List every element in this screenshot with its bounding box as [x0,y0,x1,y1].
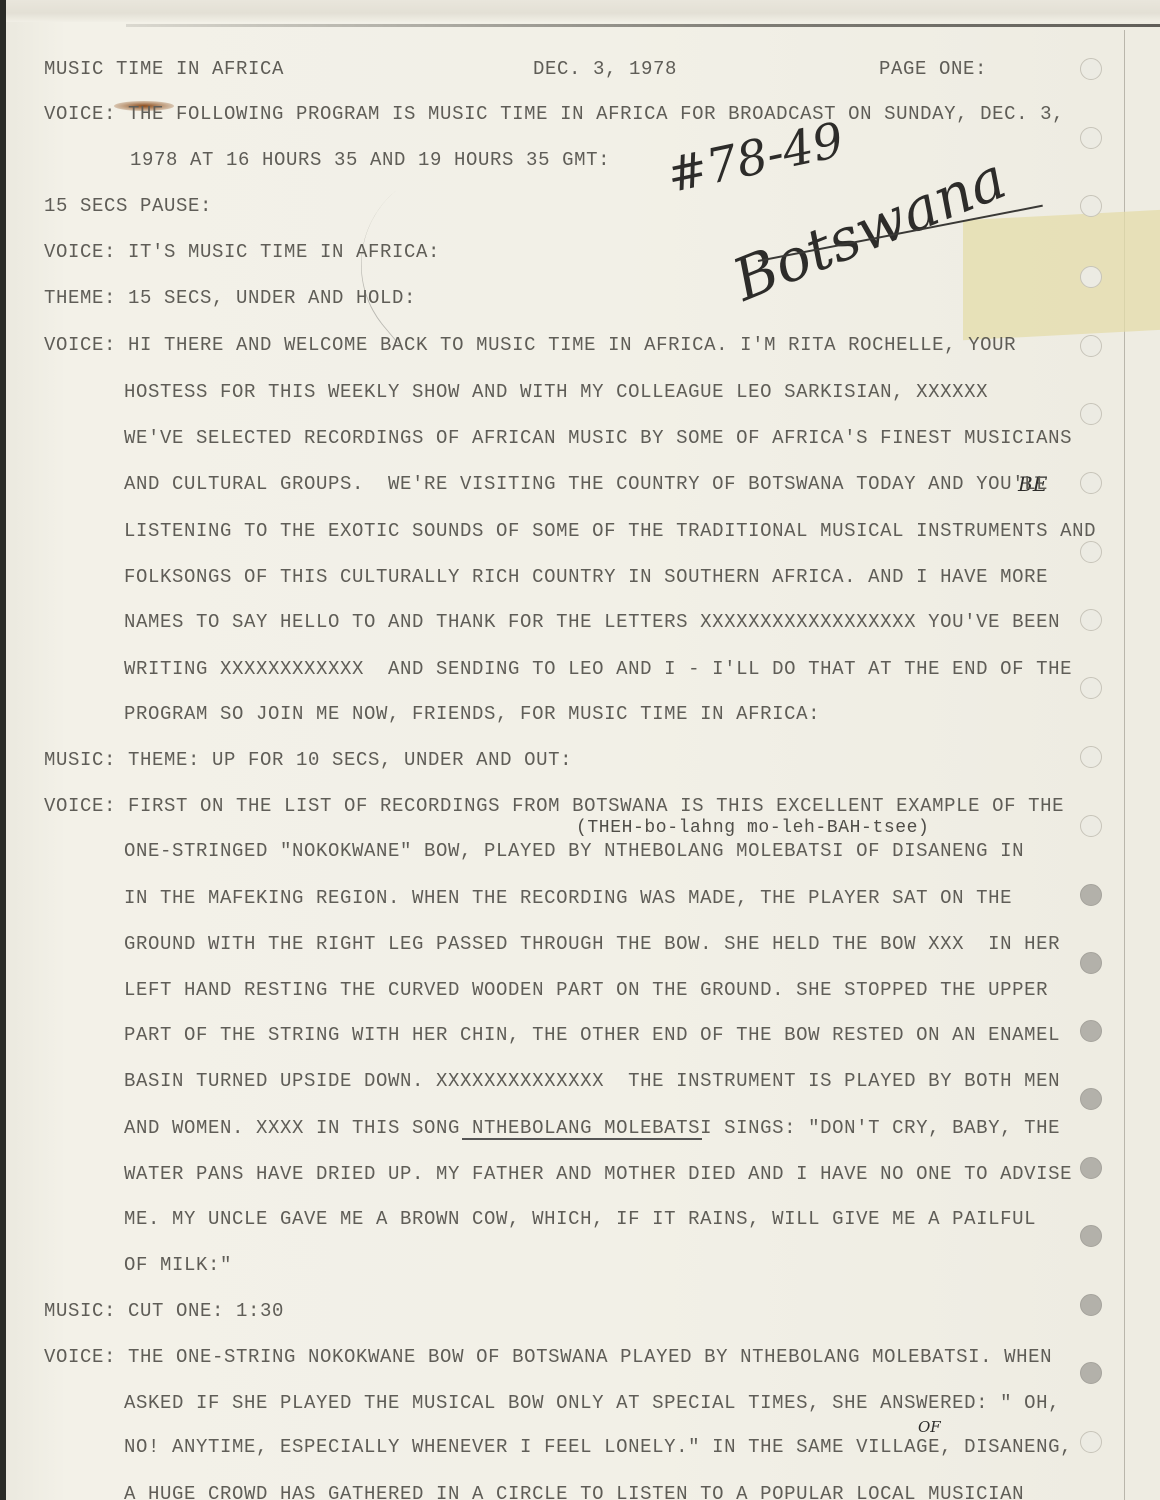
script-line: ME. MY UNCLE GAVE ME A BROWN COW, WHICH,… [124,1208,1036,1230]
perforation-hole-icon [1080,195,1102,217]
handwritten-insert-of: OF [918,1418,941,1436]
script-line: ONE-STRINGED "NOKOKWANE" BOW, PLAYED BY … [124,840,1024,862]
pronunciation-guide: (THEH-bo-lahng mo-leh-BAH-tsee) [576,817,929,839]
script-line: WE'VE SELECTED RECORDINGS OF AFRICAN MUS… [124,427,1072,449]
scan-artifact-stripe [126,24,1160,27]
perforation-hole-icon [1080,403,1102,425]
perforation-hole-icon [1080,1020,1102,1042]
script-line: VOICE: THE ONE-STRING NOKOKWANE BOW OF B… [44,1346,1052,1368]
perforation-hole-icon [1080,677,1102,699]
perforation-hole-icon [1080,1294,1102,1316]
script-line: IN THE MAFEKING REGION. WHEN THE RECORDI… [124,887,1012,909]
script-line: 1978 AT 16 HOURS 35 AND 19 HOURS 35 GMT: [130,149,610,171]
script-line: VOICE: FIRST ON THE LIST OF RECORDINGS F… [44,795,1064,817]
page-top-edge [6,0,1160,22]
script-line: NAMES TO SAY HELLO TO AND THANK FOR THE … [124,611,1060,633]
handwritten-underline [462,1138,702,1140]
script-line: VOICE: HI THERE AND WELCOME BACK TO MUSI… [44,334,1016,356]
script-line: THEME: 15 SECS, UNDER AND HOLD: [44,287,416,309]
perforation-hole-icon [1080,127,1102,149]
header-date: DEC. 3, 1978 [533,58,677,80]
perforation-hole-icon [1080,884,1102,906]
script-line: MUSIC: CUT ONE: 1:30 [44,1300,284,1322]
script-line: WRITING XXXXXXXXXXXX AND SENDING TO LEO … [124,658,1072,680]
perforation-hole-icon [1080,609,1102,631]
perforation-hole-icon [1080,1431,1102,1453]
script-line: NO! ANYTIME, ESPECIALLY WHENEVER I FEEL … [124,1436,1072,1458]
adhesive-tape [963,210,1160,340]
script-line: FOLKSONGS OF THIS CULTURALLY RICH COUNTR… [124,566,1048,588]
perforation-hole-icon [1080,472,1102,494]
perforation-hole-icon [1080,952,1102,974]
script-line: ASKED IF SHE PLAYED THE MUSICAL BOW ONLY… [124,1392,1060,1414]
perforation-hole-icon [1080,1225,1102,1247]
perforation-hole-icon [1080,1362,1102,1384]
perforation-hole-icon [1080,266,1102,288]
perforation-hole-icon [1080,335,1102,357]
script-line: A HUGE CROWD HAS GATHERED IN A CIRCLE TO… [124,1483,1024,1500]
perforation-hole-icon [1080,58,1102,80]
script-line: AND CULTURAL GROUPS. WE'RE VISITING THE … [124,473,1048,495]
script-line: AND WOMEN. XXXX IN THIS SONG NTHEBOLANG … [124,1117,1060,1139]
handwritten-program-number: #78-49 [662,112,848,204]
script-line: BASIN TURNED UPSIDE DOWN. XXXXXXXXXXXXXX… [124,1070,1060,1092]
script-line: WATER PANS HAVE DRIED UP. MY FATHER AND … [124,1163,1072,1185]
script-line: PART OF THE STRING WITH HER CHIN, THE OT… [124,1024,1060,1046]
script-line: LEFT HAND RESTING THE CURVED WOODEN PART… [124,979,1048,1001]
script-line: VOICE: IT'S MUSIC TIME IN AFRICA: [44,241,440,263]
script-line: 15 SECS PAUSE: [44,195,212,217]
perforation-hole-icon [1080,746,1102,768]
script-line: OF MILK:" [124,1254,232,1276]
perforation-hole-icon [1080,1157,1102,1179]
perforation-hole-icon [1080,1088,1102,1110]
header-title: MUSIC TIME IN AFRICA [44,58,284,80]
perforation-hole-icon [1080,815,1102,837]
header-page: PAGE ONE: [879,58,987,80]
document-page: MUSIC TIME IN AFRICA DEC. 3, 1978 PAGE O… [6,0,1160,1500]
script-line: LISTENING TO THE EXOTIC SOUNDS OF SOME O… [124,520,1096,542]
script-line: HOSTESS FOR THIS WEEKLY SHOW AND WITH MY… [124,381,988,403]
script-line: GROUND WITH THE RIGHT LEG PASSED THROUGH… [124,933,1060,955]
script-line: VOICE: THE FOLLOWING PROGRAM IS MUSIC TI… [44,103,1064,125]
perforation-hole-icon [1080,541,1102,563]
script-line: MUSIC: THEME: UP FOR 10 SECS, UNDER AND … [44,749,572,771]
script-line: PROGRAM SO JOIN ME NOW, FRIENDS, FOR MUS… [124,703,820,725]
